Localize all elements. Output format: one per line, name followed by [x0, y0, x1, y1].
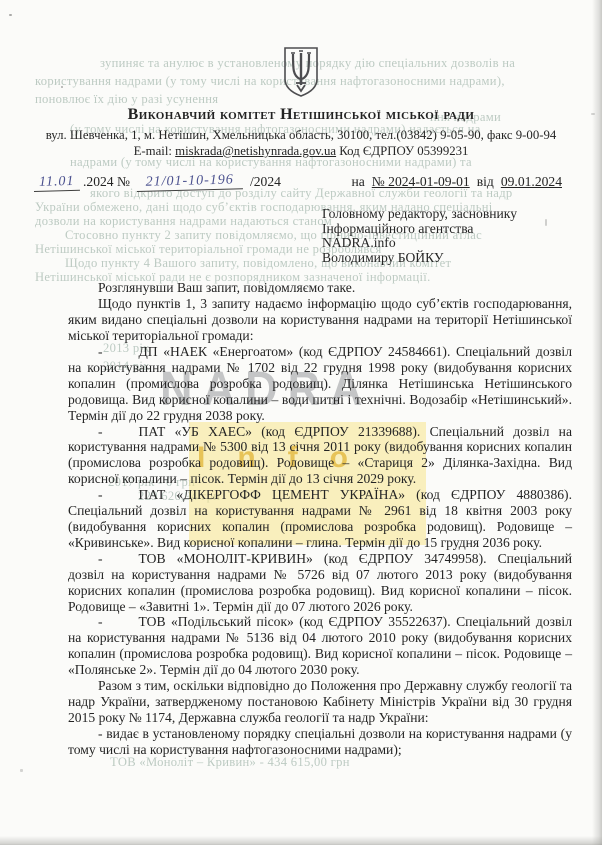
- organization-name: Виконавчий комітет Нетішинської міської …: [0, 106, 602, 124]
- edrpou-code: Код ЄДРПОУ 05399231: [339, 144, 468, 158]
- body-paragraph: -ТОВ «Подільський пісок» (код ЄДРПОУ 355…: [68, 614, 572, 678]
- scanned-letter-page: зупиняє та анулює в установленому порядк…: [0, 0, 602, 845]
- scan-speck: [591, 113, 595, 115]
- addressee-line: NADRA.info: [322, 236, 572, 251]
- body-paragraph: -ТОВ «МОНОЛІТ-КРИВИН» (код ЄДРПОУ 347499…: [68, 551, 572, 615]
- letter-content: Виконавчий комітет Нетішинської міської …: [0, 0, 602, 845]
- reply-label: на: [351, 174, 364, 190]
- scan-speck: [20, 769, 23, 772]
- list-dash: -: [98, 344, 103, 359]
- list-dash: -: [98, 424, 103, 439]
- body-paragraph: - видає в установленому порядку спеціаль…: [68, 726, 572, 758]
- body-paragraph: Розглянувши Ваш запит, повідомляємо таке…: [68, 280, 572, 296]
- ukraine-trident-emblem-icon: [278, 46, 324, 103]
- list-dash: -: [98, 551, 103, 566]
- scan-speck: [61, 86, 63, 88]
- paragraph-text: ТОВ «МОНОЛІТ-КРИВИН» (код ЄДРПОУ 3474995…: [68, 551, 572, 614]
- addressee-line: Володимиру БОЙКУ: [322, 251, 572, 266]
- page-right-edge-shadow: [592, 0, 602, 845]
- letterhead: Виконавчий комітет Нетішинської міської …: [0, 0, 602, 159]
- addressee-line: Інформаційного агентства: [322, 222, 572, 237]
- reply-date: 09.01.2024: [501, 174, 562, 190]
- list-dash: -: [98, 487, 103, 502]
- page-bottom-edge-shadow: [0, 836, 602, 845]
- scan-speck: [9, 14, 12, 16]
- scan-speck: [545, 219, 547, 226]
- addressee-line: Головному редактору, засновнику: [322, 207, 572, 222]
- paragraph-text: ПАТ «УБ ХАЕС» (код ЄДРПОУ 21339688). Спе…: [68, 424, 572, 487]
- organization-address: вул. Шевченка, 1, м. Нетішин, Хмельницьк…: [0, 128, 602, 143]
- body-paragraph: -ПАТ «ДІКЕРГОФФ ЦЕМЕНТ УКРАЇНА» (код ЄДР…: [68, 487, 572, 551]
- paragraph-text: ПАТ «ДІКЕРГОФФ ЦЕМЕНТ УКРАЇНА» (код ЄДРП…: [68, 487, 572, 550]
- handwritten-date: 11.01: [34, 174, 80, 192]
- body-paragraph: Разом з тим, оскільки відповідно до Поло…: [68, 678, 572, 726]
- body: Розглянувши Ваш запит, повідомляємо таке…: [68, 280, 572, 757]
- email-address: miskrada@netishynrada.gov.ua: [175, 144, 336, 158]
- printed-year-label: .2024 №: [83, 174, 130, 190]
- printed-number-suffix: /2024: [250, 174, 281, 190]
- paragraph-text: ТОВ «Подільський пісок» (код ЄДРПОУ 3552…: [68, 614, 572, 677]
- email-label: E-mail:: [134, 144, 172, 158]
- list-dash: -: [98, 614, 103, 629]
- handwritten-outgoing-number: 21/01-10-196: [137, 172, 243, 192]
- paragraph-text: ДП «НАЕК «Енергоатом» (код ЄДРПОУ 245846…: [68, 344, 572, 423]
- body-paragraph: -ПАТ «УБ ХАЕС» (код ЄДРПОУ 21339688). Сп…: [68, 424, 572, 488]
- reference-date-line: 11.01 .2024 № 21/01-10-196 /2024 на № 20…: [34, 174, 566, 192]
- body-paragraph: -ДП «НАЕК «Енергоатом» (код ЄДРПОУ 24584…: [68, 344, 572, 424]
- body-paragraph: Щодо пунктів 1, 3 запиту надаємо інформа…: [68, 296, 572, 344]
- organization-contacts: E-mail: miskrada@netishynrada.gov.ua Код…: [0, 144, 602, 159]
- addressee-block: Головному редактору, засновникуІнформаці…: [322, 207, 572, 265]
- reply-from-label: від: [477, 174, 494, 190]
- reply-number: № 2024-01-09-01: [372, 174, 470, 190]
